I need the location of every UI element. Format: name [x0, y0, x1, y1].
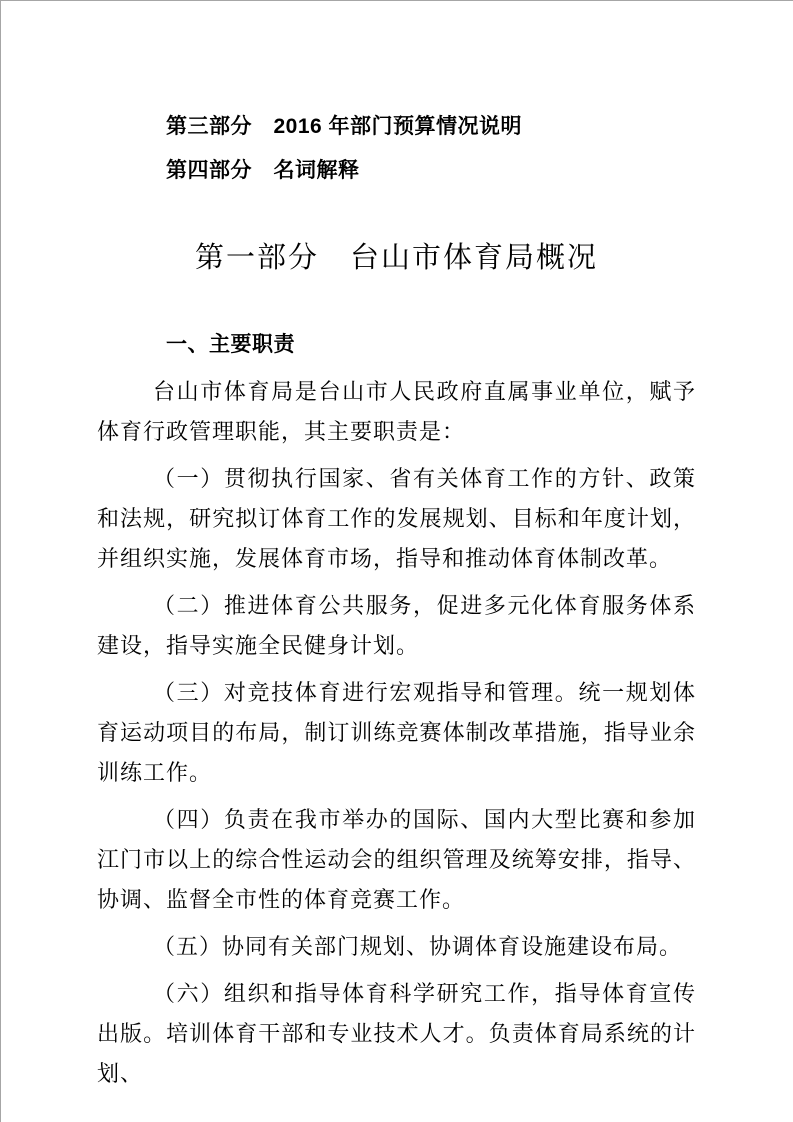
- table-of-contents: 第三部分 2016 年部门预算情况说明 第四部分 名词解释: [97, 105, 696, 193]
- paragraph-duty-5: （五）协同有关部门规划、协调体育设施建设布局。: [97, 927, 696, 967]
- toc-item-part-3: 第三部分 2016 年部门预算情况说明: [97, 105, 696, 149]
- document-page: 第三部分 2016 年部门预算情况说明 第四部分 名词解释 第一部分 台山市体育…: [0, 0, 793, 1122]
- section-heading-main-duties: 一、主要职责: [97, 333, 696, 356]
- paragraph-intro: 台山市体育局是台山市人民政府直属事业单位，赋予体育行政管理职能，其主要职责是：: [97, 372, 696, 452]
- paragraph-duty-1: （一）贯彻执行国家、省有关体育工作的方针、政策和法规，研究拟订体育工作的发展规划…: [97, 459, 696, 579]
- toc-item-part-4: 第四部分 名词解释: [97, 149, 696, 193]
- paragraph-duty-4: （四）负责在我市举办的国际、国内大型比赛和参加江门市以上的综合性运动会的组织管理…: [97, 800, 696, 920]
- document-body: 台山市体育局是台山市人民政府直属事业单位，赋予体育行政管理职能，其主要职责是： …: [97, 372, 696, 1094]
- paragraph-duty-6: （六）组织和指导体育科学研究工作，指导体育宣传出版。培训体育干部和专业技术人才。…: [97, 974, 696, 1094]
- paragraph-duty-2: （二）推进体育公共服务，促进多元化体育服务体系建设，指导实施全民健身计划。: [97, 586, 696, 666]
- page-title: 第一部分 台山市体育局概况: [97, 240, 696, 276]
- paragraph-duty-3: （三）对竞技体育进行宏观指导和管理。统一规划体育运动项目的布局，制订训练竞赛体制…: [97, 673, 696, 793]
